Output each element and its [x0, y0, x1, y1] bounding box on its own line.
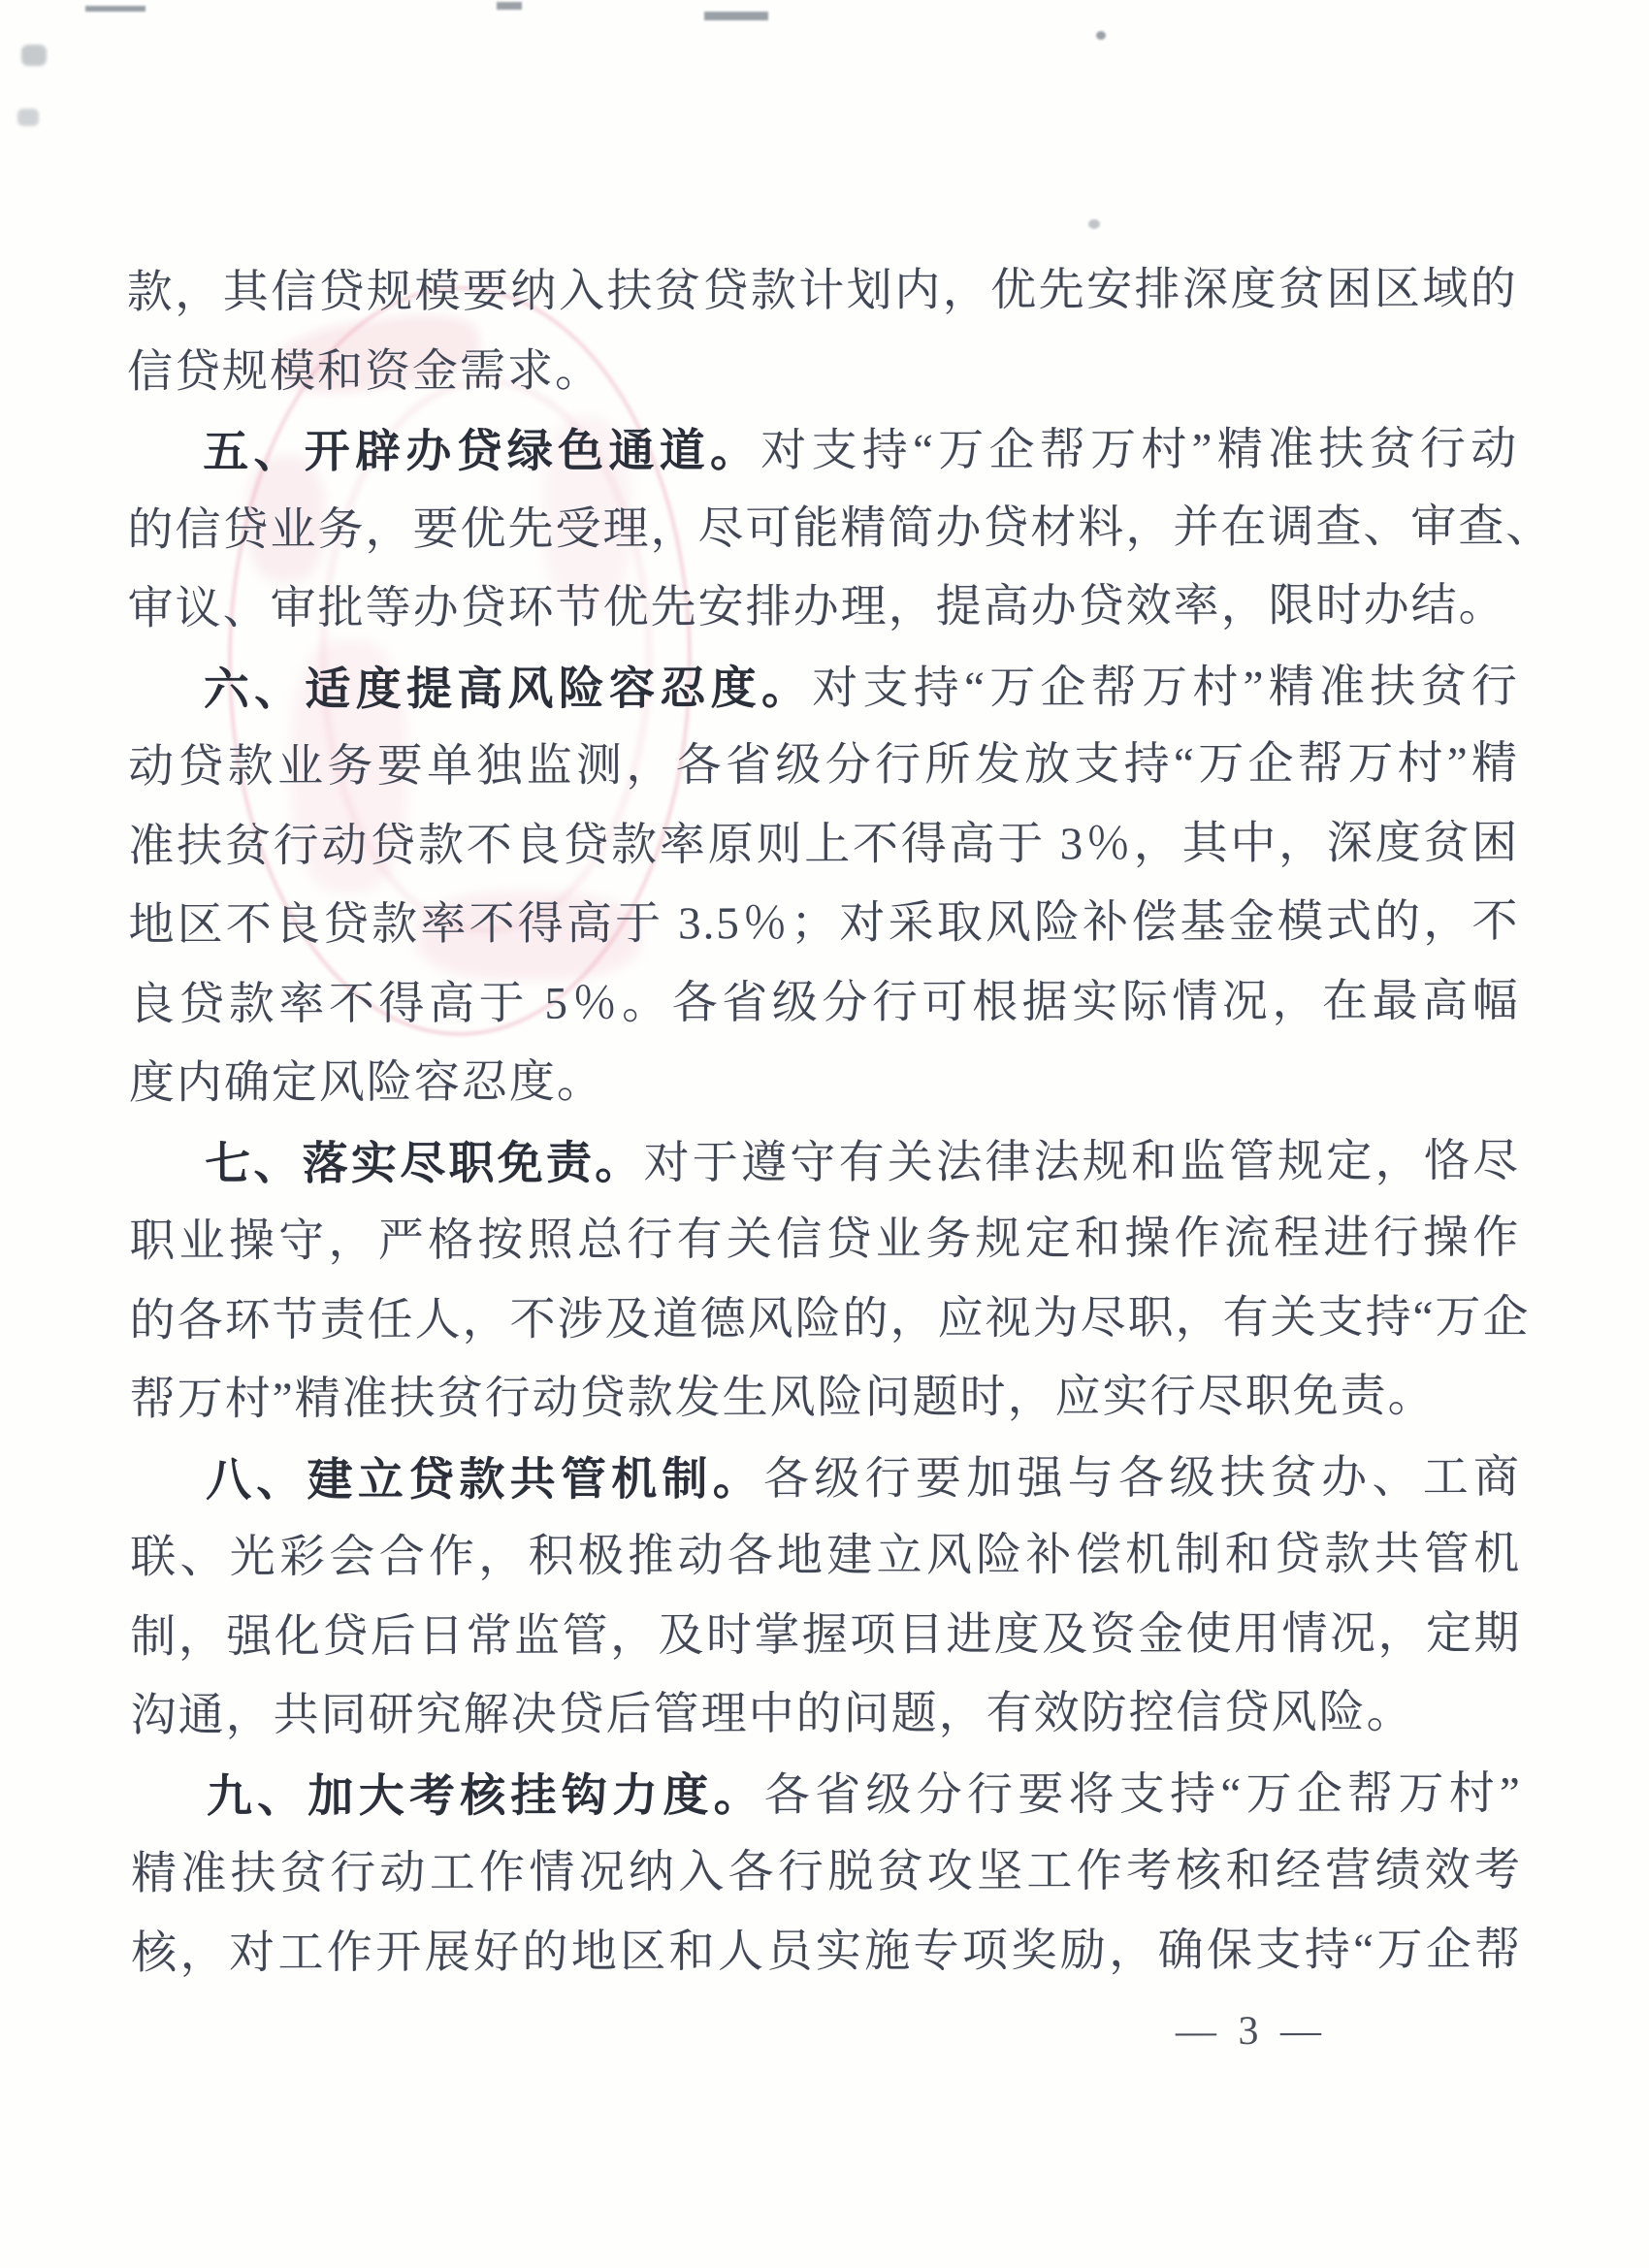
scanned-document-page: 款，其信贷规模要纳入扶贫贷款计划内，优先安排深度贫困区域的信贷规模和资金需求。五…: [0, 0, 1649, 2268]
body-text: 地区不良贷款率不得高于 3.5％；对采取风险补偿基金模式的，不: [128, 896, 1519, 951]
text-line: 动贷款业务要单独监测，各省级分行所发放支持“万企帮万村”精: [128, 725, 1519, 807]
page-number: — 3 —: [1125, 2008, 1377, 2056]
section-heading: 五、开辟办贷绿色通道。: [203, 424, 760, 477]
scan-artifact: [17, 109, 39, 126]
scan-artifact: [1088, 219, 1100, 229]
scan-artifact: [85, 6, 145, 12]
scan-artifact: [1096, 31, 1106, 40]
body-text: 良贷款率不得高于 5％。各省级分行可根据实际情况，在最高幅: [129, 976, 1520, 1030]
body-text: 各省级分行要将支持“万企帮万村”: [764, 1768, 1522, 1821]
body-text: 对支持“万企帮万村”精准扶贫行: [812, 662, 1519, 714]
body-text: 信贷规模和资金需求。: [127, 345, 602, 397]
text-line: 制，强化贷后日常监管，及时掌握项目进度及资金使用情况，定期: [130, 1595, 1521, 1677]
body-text: 审议、审批等办贷环节优先安排办理，提高办贷效率，限时办结。: [128, 580, 1506, 634]
scan-artifact: [497, 2, 522, 10]
body-text: 对支持“万企帮万村”精准扶贫行动: [760, 424, 1518, 476]
body-text: 联、光彩会合作，积极推动各地建立风险补偿机制和贷款共管机: [130, 1529, 1521, 1583]
text-line: 的各环节责任人，不涉及道德风险的，应视为尽职，有关支持“万企: [129, 1279, 1520, 1361]
text-line: 审议、审批等办贷环节优先安排办理，提高办贷效率，限时办结。: [128, 567, 1519, 649]
text-line: 沟通，共同研究解决贷后管理中的问题，有效防控信贷风险。: [130, 1673, 1521, 1756]
body-text: 的各环节责任人，不涉及道德风险的，应视为尽职，有关支持“万企: [129, 1292, 1530, 1346]
text-line: 核，对工作开展好的地区和人员实施专项奖励，确保支持“万企帮: [131, 1911, 1522, 1993]
scan-artifact: [21, 45, 47, 66]
body-text: 对于遵守有关法律法规和监管规定，恪尽: [643, 1136, 1520, 1188]
text-line: 地区不良贷款率不得高于 3.5％；对采取风险补偿基金模式的，不: [128, 883, 1519, 965]
section-heading: 八、建立贷款共管机制。: [206, 1452, 763, 1506]
section-heading: 六、适度提高风险容忍度。: [204, 662, 812, 715]
text-line: 的信贷业务，要优先受理，尽可能精简办贷材料，并在调查、审查、: [127, 488, 1518, 570]
text-line: 七、落实尽职免责。对于遵守有关法律法规和监管规定，恪尽: [129, 1120, 1520, 1203]
body-text: 动贷款业务要单独监测，各省级分行所发放支持“万企帮万村”精: [128, 738, 1519, 793]
text-line: 八、建立贷款共管机制。各级行要加强与各级扶贫办、工商: [130, 1437, 1521, 1519]
text-line: 准扶贫行动贷款不良贷款率原则上不得高于 3％，其中，深度贫困: [128, 804, 1519, 887]
body-text: 各级行要加强与各级扶贫办、工商: [763, 1452, 1521, 1505]
body-text: 度内确定风险容忍度。: [129, 1057, 604, 1109]
text-line: 六、适度提高风险容忍度。对支持“万企帮万村”精准扶贫行: [128, 646, 1519, 729]
text-line: 联、光彩会合作，积极推动各地建立风险补偿机制和贷款共管机: [130, 1515, 1521, 1598]
body-text: 帮万村”精准扶贫行动贷款发生风险问题时，应实行尽职免责。: [130, 1371, 1436, 1425]
body-text: 沟通，共同研究解决贷后管理中的问题，有效防控信贷风险。: [131, 1687, 1414, 1740]
scan-artifact: [704, 12, 768, 20]
section-heading: 七、落实尽职免责。: [205, 1136, 644, 1188]
body-text: 的信贷业务，要优先受理，尽可能精简办贷材料，并在调查、审查、: [127, 502, 1553, 556]
section-heading: 九、加大考核挂钩力度。: [207, 1768, 764, 1822]
document-text-block: 款，其信贷规模要纳入扶贫贷款计划内，优先安排深度贫困区域的信贷规模和资金需求。五…: [127, 250, 1523, 1993]
body-text: 款，其信贷规模要纳入扶贫贷款计划内，优先安排深度贫困区域的: [127, 264, 1518, 318]
text-line: 九、加大考核挂钩力度。各省级分行要将支持“万企帮万村”: [131, 1753, 1522, 1835]
text-line: 职业操守，严格按照总行有关信贷业务规定和操作流程进行操作: [129, 1199, 1520, 1281]
text-line: 五、开辟办贷绿色通道。对支持“万企帮万村”精准扶贫行动: [127, 408, 1518, 491]
text-line: 良贷款率不得高于 5％。各省级分行可根据实际情况，在最高幅: [129, 962, 1520, 1045]
text-line: 精准扶贫行动工作情况纳入各行脱贫攻坚工作考核和经营绩效考: [131, 1831, 1522, 1914]
text-line: 款，其信贷规模要纳入扶贫贷款计划内，优先安排深度贫困区域的: [127, 250, 1518, 333]
body-text: 精准扶贫行动工作情况纳入各行脱贫攻坚工作考核和经营绩效考: [131, 1845, 1522, 1899]
text-line: 帮万村”精准扶贫行动贷款发生风险问题时，应实行尽职免责。: [130, 1357, 1521, 1440]
body-text: 职业操守，严格按照总行有关信贷业务规定和操作流程进行操作: [129, 1213, 1520, 1267]
body-text: 准扶贫行动贷款不良贷款率原则上不得高于 3％，其中，深度贫困: [128, 818, 1519, 872]
text-line: 信贷规模和资金需求。: [127, 330, 1518, 412]
body-text: 制，强化贷后日常监管，及时掌握项目进度及资金使用情况，定期: [130, 1608, 1521, 1663]
body-text: 核，对工作开展好的地区和人员实施专项奖励，确保支持“万企帮: [131, 1925, 1522, 1979]
text-line: 度内确定风险容忍度。: [129, 1041, 1520, 1123]
